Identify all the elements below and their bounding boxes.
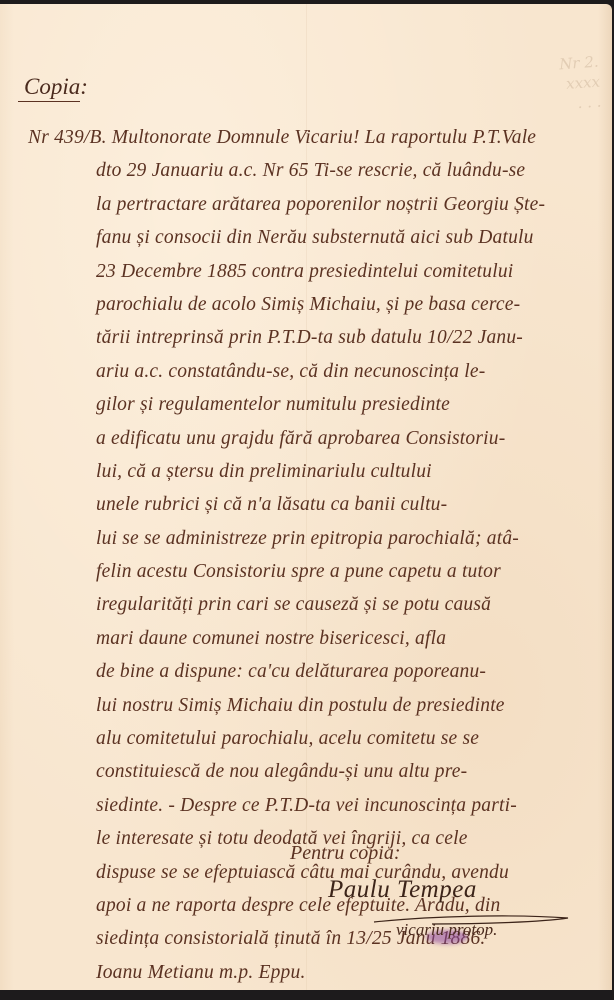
manuscript-page: Nr 2.xxxx. . . Copia: Nr 439/B. Multonor… (0, 4, 612, 990)
copy-heading: Copia: (24, 74, 88, 100)
body-line: fanu și consocii din Nerău substernută a… (28, 221, 612, 254)
body-line: siedinte. - Despre ce P.T.D-ta vei incun… (28, 789, 612, 822)
body-line: lui nostru Simiș Michaiu din postulu de … (28, 689, 612, 722)
certification-label: Pentru copia: (290, 842, 401, 865)
body-line: parochialu de acolo Simiș Michaiu, și pe… (28, 288, 612, 321)
body-line: dto 29 Januariu a.c. Nr 65 Ti-se rescrie… (28, 154, 612, 187)
body-line: siedința consistorială ținută în 13/25 J… (28, 922, 612, 955)
body-line: tării intreprinsă prin P.T.D-ta sub datu… (28, 321, 612, 354)
body-line: lui se se administreze prin epitropia pa… (28, 522, 612, 555)
heading-underline (18, 101, 80, 102)
signature: Paulu Tempea (328, 876, 477, 904)
body-line: 23 Decembre 1885 contra presiedintelui c… (28, 255, 612, 288)
scan-frame: Nr 2.xxxx. . . Copia: Nr 439/B. Multonor… (0, 0, 614, 1000)
body-line: felin acestu Consistoriu spre a pune cap… (28, 555, 612, 588)
body-line: Ioanu Metianu m.p. Eppu. (28, 956, 612, 989)
body-line: unele rubrici și că n'a lăsatu ca banii … (28, 488, 612, 521)
body-line: de bine a dispune: ca'cu delăturarea pop… (28, 655, 612, 688)
body-line: a edificatu unu grajdu fără aprobarea Co… (28, 422, 612, 455)
body-line: gilor și regulamentelor numitulu presied… (28, 388, 612, 421)
body-line: mari daune comunei nostre bisericesci, a… (28, 622, 612, 655)
signatory-title: vicariu protop. (396, 920, 497, 940)
body-line: alu comitetului parochialu, acelu comite… (28, 722, 612, 755)
body-line: Nr 439/B. Multonorate Domnule Vicariu! L… (28, 121, 612, 154)
body-line: ariu a.c. constatându-se, că din necunos… (28, 355, 612, 388)
body-line: la pertractare arătarea poporenilor noșt… (28, 188, 612, 221)
body-line: iregularități prin cari se causeză și se… (28, 588, 612, 621)
body-line: constituiescă de nou alegându-și unu alt… (28, 755, 612, 788)
bleed-through-ink: Nr 2.xxxx. . . (528, 52, 602, 117)
body-line: lui, că a ștersu din preliminariulu cult… (28, 455, 612, 488)
